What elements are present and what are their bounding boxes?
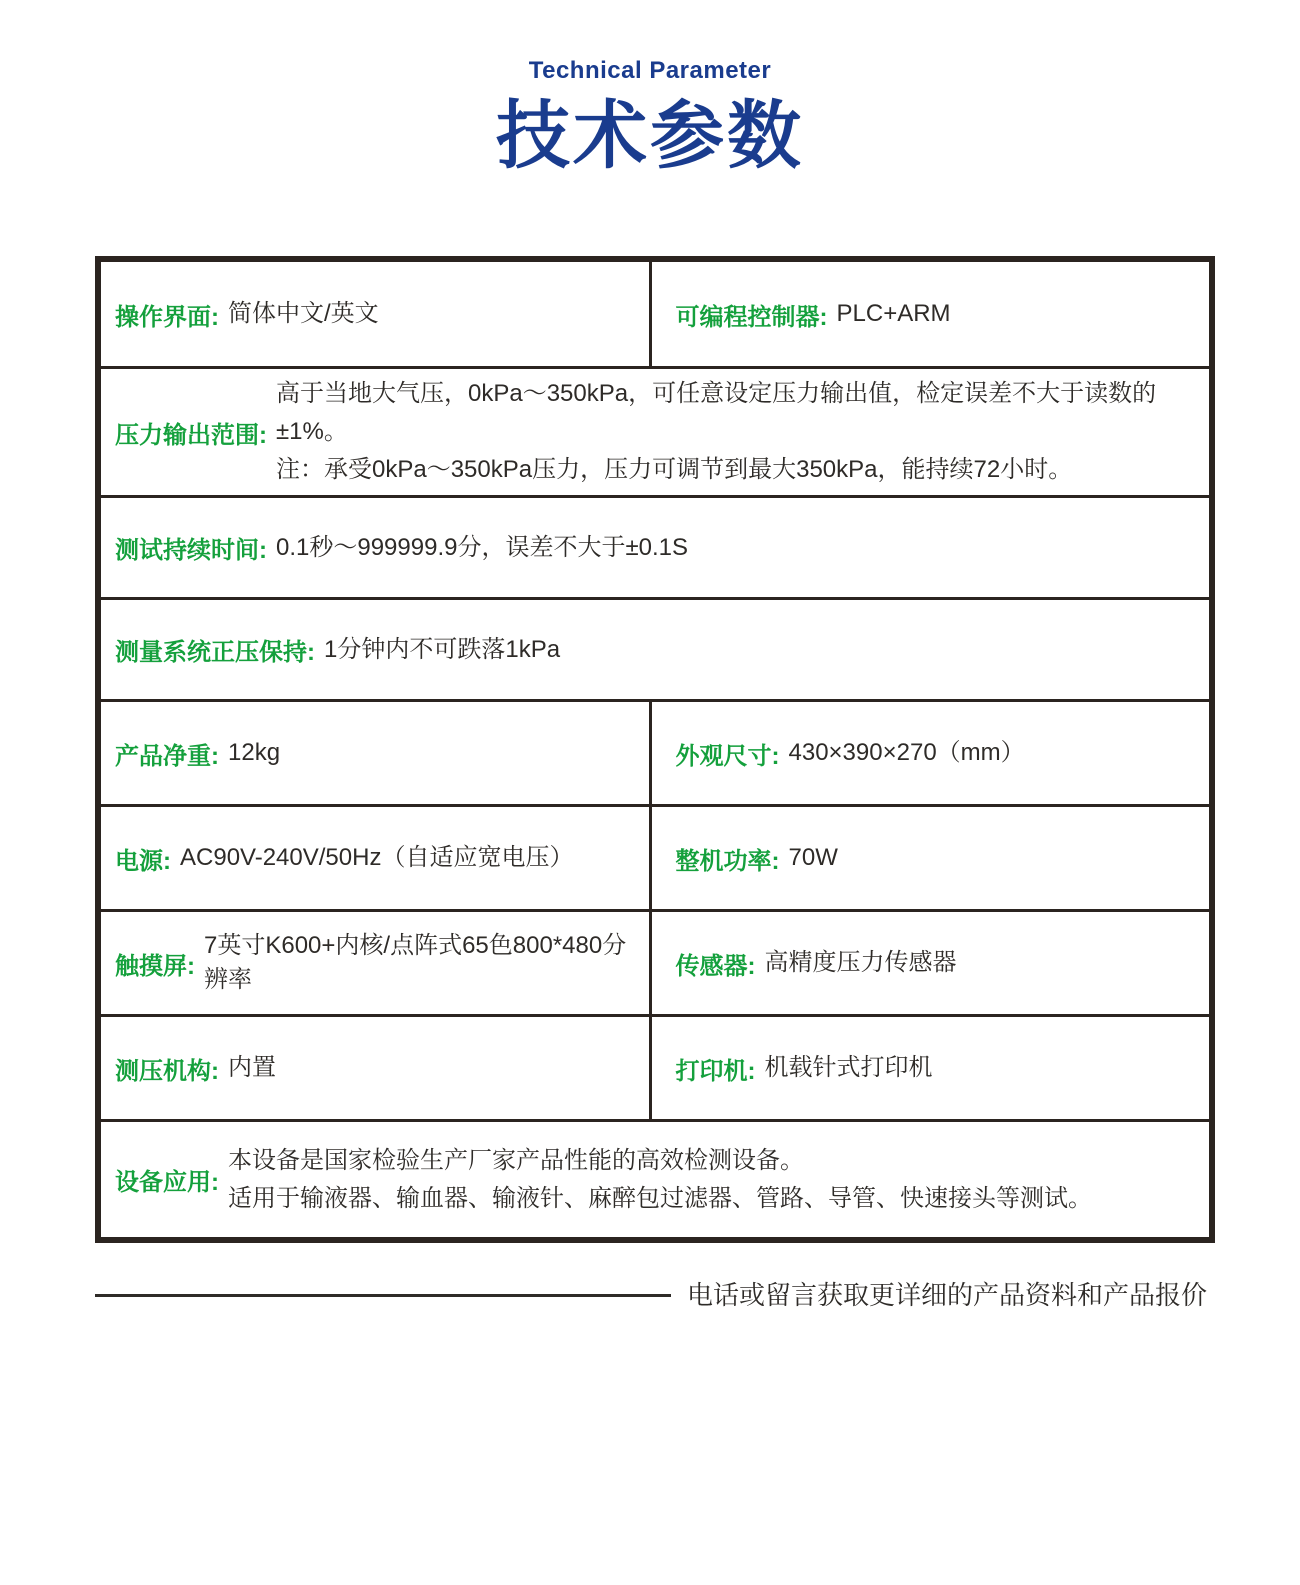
param-value: 简体中文/英文	[228, 297, 379, 331]
param-value: 内置	[228, 1051, 276, 1085]
param-cell: 电源: AC90V-240V/50Hz（自适应宽电压）	[101, 807, 649, 909]
param-label: 压力输出范围:	[115, 415, 267, 450]
param-label: 产品净重:	[115, 736, 219, 771]
param-cell: 操作界面: 简体中文/英文	[101, 262, 649, 366]
footer-note: 电话或留言获取更详细的产品资料和产品报价	[687, 1277, 1207, 1313]
table-row: 触摸屏: 7英寸K600+内核/点阵式65色800*480分辨率 传感器: 高精…	[101, 909, 1209, 1014]
param-label: 设备应用:	[115, 1162, 219, 1197]
param-label: 整机功率:	[676, 841, 780, 876]
param-cell: 打印机: 机载针式打印机	[649, 1017, 1210, 1119]
param-value: 0.1秒～999999.9分，误差不大于±0.1S	[276, 529, 688, 567]
param-value: 高精度压力传感器	[765, 946, 957, 980]
param-value-line: 适用于输液器、输血器、输液针、麻醉包过滤器、管路、导管、快速接头等测试。	[228, 1180, 1092, 1218]
page: Technical Parameter 技术参数 操作界面: 简体中文/英文 可…	[0, 0, 1300, 1585]
table-row: 设备应用: 本设备是国家检验生产厂家产品性能的高效检测设备。适用于输液器、输血器…	[101, 1119, 1209, 1237]
param-value: 机载针式打印机	[765, 1051, 933, 1085]
table-row: 产品净重: 12kg 外观尺寸: 430×390×270（mm）	[101, 699, 1209, 804]
param-label: 测量系统正压保持:	[115, 632, 315, 667]
param-value: AC90V-240V/50Hz（自适应宽电压）	[180, 841, 573, 875]
param-cell: 测压机构: 内置	[101, 1017, 649, 1119]
param-cell: 可编程控制器: PLC+ARM	[649, 262, 1210, 366]
param-label: 可编程控制器:	[676, 297, 828, 332]
param-cell: 传感器: 高精度压力传感器	[649, 912, 1210, 1014]
param-value-line: 1分钟内不可跌落1kPa	[324, 631, 560, 669]
param-label: 打印机:	[676, 1051, 756, 1086]
param-cell: 产品净重: 12kg	[101, 702, 649, 804]
table-row: 测压机构: 内置 打印机: 机载针式打印机	[101, 1014, 1209, 1119]
param-label: 测压机构:	[115, 1051, 219, 1086]
param-value: 1分钟内不可跌落1kPa	[324, 631, 560, 669]
param-cell: 整机功率: 70W	[649, 807, 1210, 909]
page-title: 技术参数	[0, 96, 1300, 176]
param-value-line: 注：承受0kPa～350kPa压力，压力可调节到最大350kPa，能持续72小时…	[276, 451, 1191, 489]
param-value: 高于当地大气压，0kPa～350kPa，可任意设定压力输出值，检定误差不大于读数…	[276, 375, 1191, 489]
table-row: 测试持续时间: 0.1秒～999999.9分，误差不大于±0.1S	[101, 495, 1209, 597]
param-value: 70W	[789, 841, 838, 875]
param-label: 传感器:	[676, 946, 756, 981]
param-label: 外观尺寸:	[676, 736, 780, 771]
page-header: Technical Parameter 技术参数	[0, 0, 1300, 176]
param-value: PLC+ARM	[837, 297, 951, 331]
table-row: 操作界面: 简体中文/英文 可编程控制器: PLC+ARM	[101, 262, 1209, 366]
table-row: 压力输出范围: 高于当地大气压，0kPa～350kPa，可任意设定压力输出值，检…	[101, 366, 1209, 495]
param-label: 电源:	[115, 841, 171, 876]
param-label: 测试持续时间:	[115, 530, 267, 565]
table-row: 测量系统正压保持: 1分钟内不可跌落1kPa	[101, 597, 1209, 699]
table-row: 电源: AC90V-240V/50Hz（自适应宽电压） 整机功率: 70W	[101, 804, 1209, 909]
param-value: 430×390×270（mm）	[789, 736, 1025, 770]
footer: 电话或留言获取更详细的产品资料和产品报价	[95, 1277, 1207, 1313]
param-table: 操作界面: 简体中文/英文 可编程控制器: PLC+ARM 压力输出范围: 高于…	[95, 256, 1215, 1243]
param-value-line: 0.1秒～999999.9分，误差不大于±0.1S	[276, 529, 688, 567]
param-value: 12kg	[228, 736, 280, 770]
param-label: 操作界面:	[115, 297, 219, 332]
param-value-line: 本设备是国家检验生产厂家产品性能的高效检测设备。	[228, 1142, 1092, 1180]
param-value-line: 高于当地大气压，0kPa～350kPa，可任意设定压力输出值，检定误差不大于读数…	[276, 375, 1191, 451]
param-label: 触摸屏:	[115, 946, 195, 981]
param-value: 本设备是国家检验生产厂家产品性能的高效检测设备。适用于输液器、输血器、输液针、麻…	[228, 1142, 1092, 1218]
divider-line	[95, 1294, 671, 1297]
param-value: 7英寸K600+内核/点阵式65色800*480分辨率	[204, 929, 637, 997]
param-cell: 触摸屏: 7英寸K600+内核/点阵式65色800*480分辨率	[101, 912, 649, 1014]
subtitle-en: Technical Parameter	[0, 56, 1300, 86]
param-cell: 外观尺寸: 430×390×270（mm）	[649, 702, 1210, 804]
